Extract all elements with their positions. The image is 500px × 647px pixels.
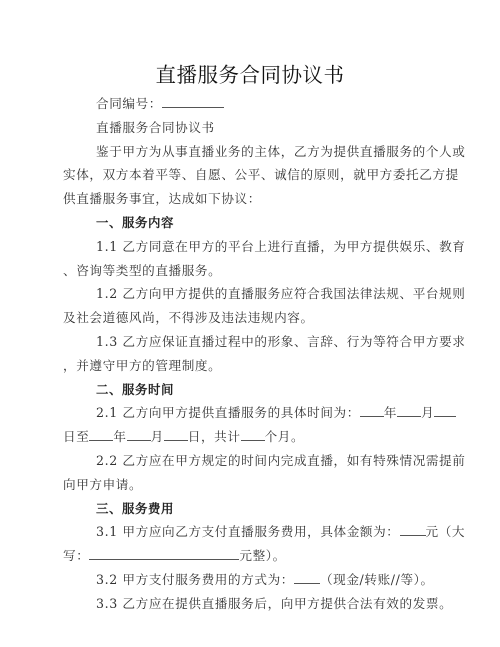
clause-3-1-cont: 写：元整）。: [63, 544, 419, 568]
clause-1-3: 1.3 乙方应保证直播过程中的形象、言辞、行为等符合甲方要求: [63, 330, 419, 354]
subtitle: 直播服务合同协议书: [63, 116, 419, 140]
clause-2-1-text: 2.1 乙方向甲方提供直播服务的具体时间为：: [96, 405, 360, 420]
preamble-line: 鉴于甲方为从事直播业务的主体，乙方为提供直播服务的个人或: [63, 140, 419, 164]
total-months-blank[interactable]: [241, 428, 265, 441]
month-label: 月: [421, 405, 434, 420]
year-label: 年: [113, 429, 126, 444]
section-heading-service-time: 二、服务时间: [63, 378, 419, 402]
preamble-line: 实体，双方本着平等、自愿、公平、诚信的原则，就甲方委托乙方提: [63, 163, 419, 187]
day-total-label: 日，共计: [188, 429, 241, 444]
clause-3-2-text: 3.2 甲方支付服务费用的方式为：: [96, 572, 294, 587]
year-label: 年: [384, 405, 397, 420]
uppercase-amount-blank[interactable]: [89, 547, 239, 560]
clause-1-2: 1.2 乙方向甲方提供的直播服务应符合我国法律法规、平台规则: [63, 282, 419, 306]
clause-1-1-cont: 、咨询等类型的直播服务。: [63, 259, 419, 283]
document-body: 合同编号： 直播服务合同协议书 鉴于甲方为从事直播业务的主体，乙方为提供直播服务…: [63, 92, 419, 616]
end-month-blank[interactable]: [127, 428, 151, 441]
clause-2-2: 2.2 乙方应在甲方规定的时间内完成直播，如有特殊情况需提前: [63, 449, 419, 473]
start-year-blank[interactable]: [360, 404, 384, 417]
yuan-label: 元（大: [426, 524, 466, 539]
clause-3-3: 3.3 乙方应在提供直播服务后，向甲方提供合法有效的发票。: [63, 592, 419, 616]
document-page: 直播服务合同协议书 合同编号： 直播服务合同协议书 鉴于甲方为从事直播业务的主体…: [0, 0, 500, 647]
contract-number-line: 合同编号：: [63, 92, 419, 116]
preamble-line: 供直播服务事宜，达成如下协议：: [63, 187, 419, 211]
section-heading-service-content: 一、服务内容: [63, 211, 419, 235]
clause-1-2-cont: 及社会道德风尚，不得涉及违法违规内容。: [63, 306, 419, 330]
day-to-label: 日至: [63, 429, 89, 444]
clause-3-1-text: 3.1 甲方应向乙方支付直播服务费用，具体金额为：: [96, 524, 400, 539]
months-label: 个月。: [265, 429, 305, 444]
section-heading-service-fee: 三、服务费用: [63, 497, 419, 521]
uppercase-label: 写：: [63, 548, 89, 563]
document-title: 直播服务合同协议书: [0, 58, 500, 88]
end-day-blank[interactable]: [164, 428, 188, 441]
clause-1-3-cont: ，并遵守甲方的管理制度。: [63, 354, 419, 378]
clause-1-1: 1.1 乙方同意在甲方的平台上进行直播，为甲方提供娱乐、教育: [63, 235, 419, 259]
end-year-blank[interactable]: [89, 428, 113, 441]
month-label: 月: [151, 429, 164, 444]
payment-method-blank[interactable]: [294, 571, 320, 584]
amount-blank[interactable]: [400, 523, 426, 536]
clause-3-1: 3.1 甲方应向乙方支付直播服务费用，具体金额为：元（大: [63, 520, 419, 544]
start-day-blank[interactable]: [434, 404, 456, 417]
contract-number-label: 合同编号：: [96, 96, 162, 111]
payment-options: （现金/转账//等）。: [320, 572, 434, 587]
clause-2-2-cont: 向甲方申请。: [63, 473, 419, 497]
clause-2-1: 2.1 乙方向甲方提供直播服务的具体时间为：年月: [63, 401, 419, 425]
contract-number-blank[interactable]: [162, 95, 224, 108]
clause-3-2: 3.2 甲方支付服务费用的方式为：（现金/转账//等）。: [63, 568, 419, 592]
clause-2-1-cont: 日至年月日，共计个月。: [63, 425, 419, 449]
start-month-blank[interactable]: [397, 404, 421, 417]
yuan-whole-label: 元整）。: [239, 548, 285, 563]
